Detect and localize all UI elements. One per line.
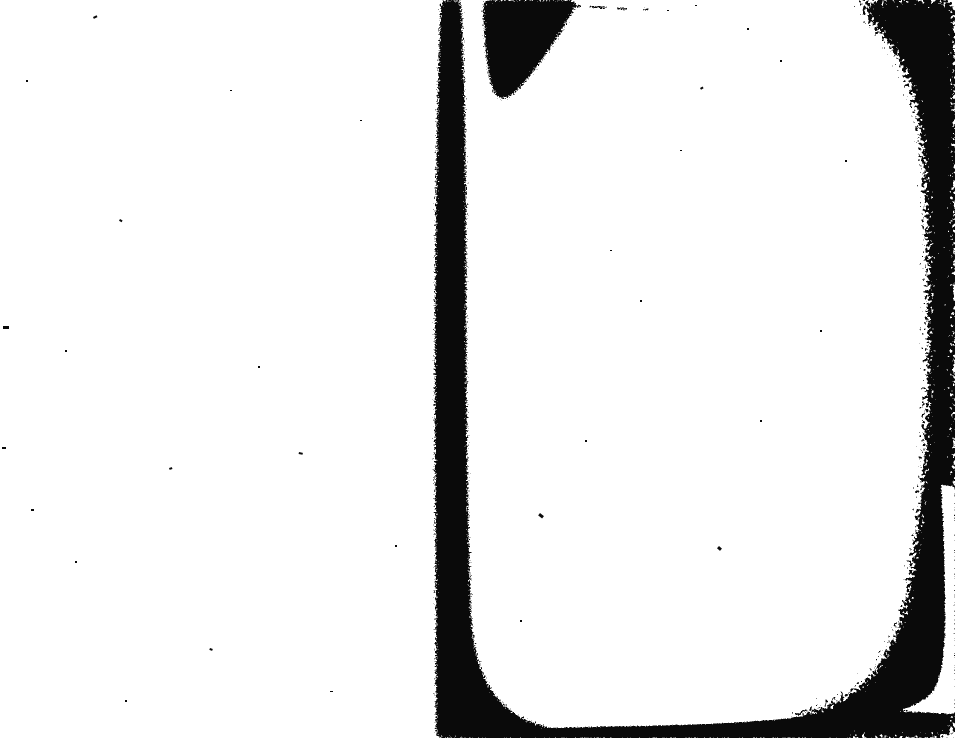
dust-speck [845, 160, 847, 162]
right-page-blank [470, 0, 830, 738]
left-page-blank [0, 0, 437, 738]
book-scan [0, 0, 955, 738]
